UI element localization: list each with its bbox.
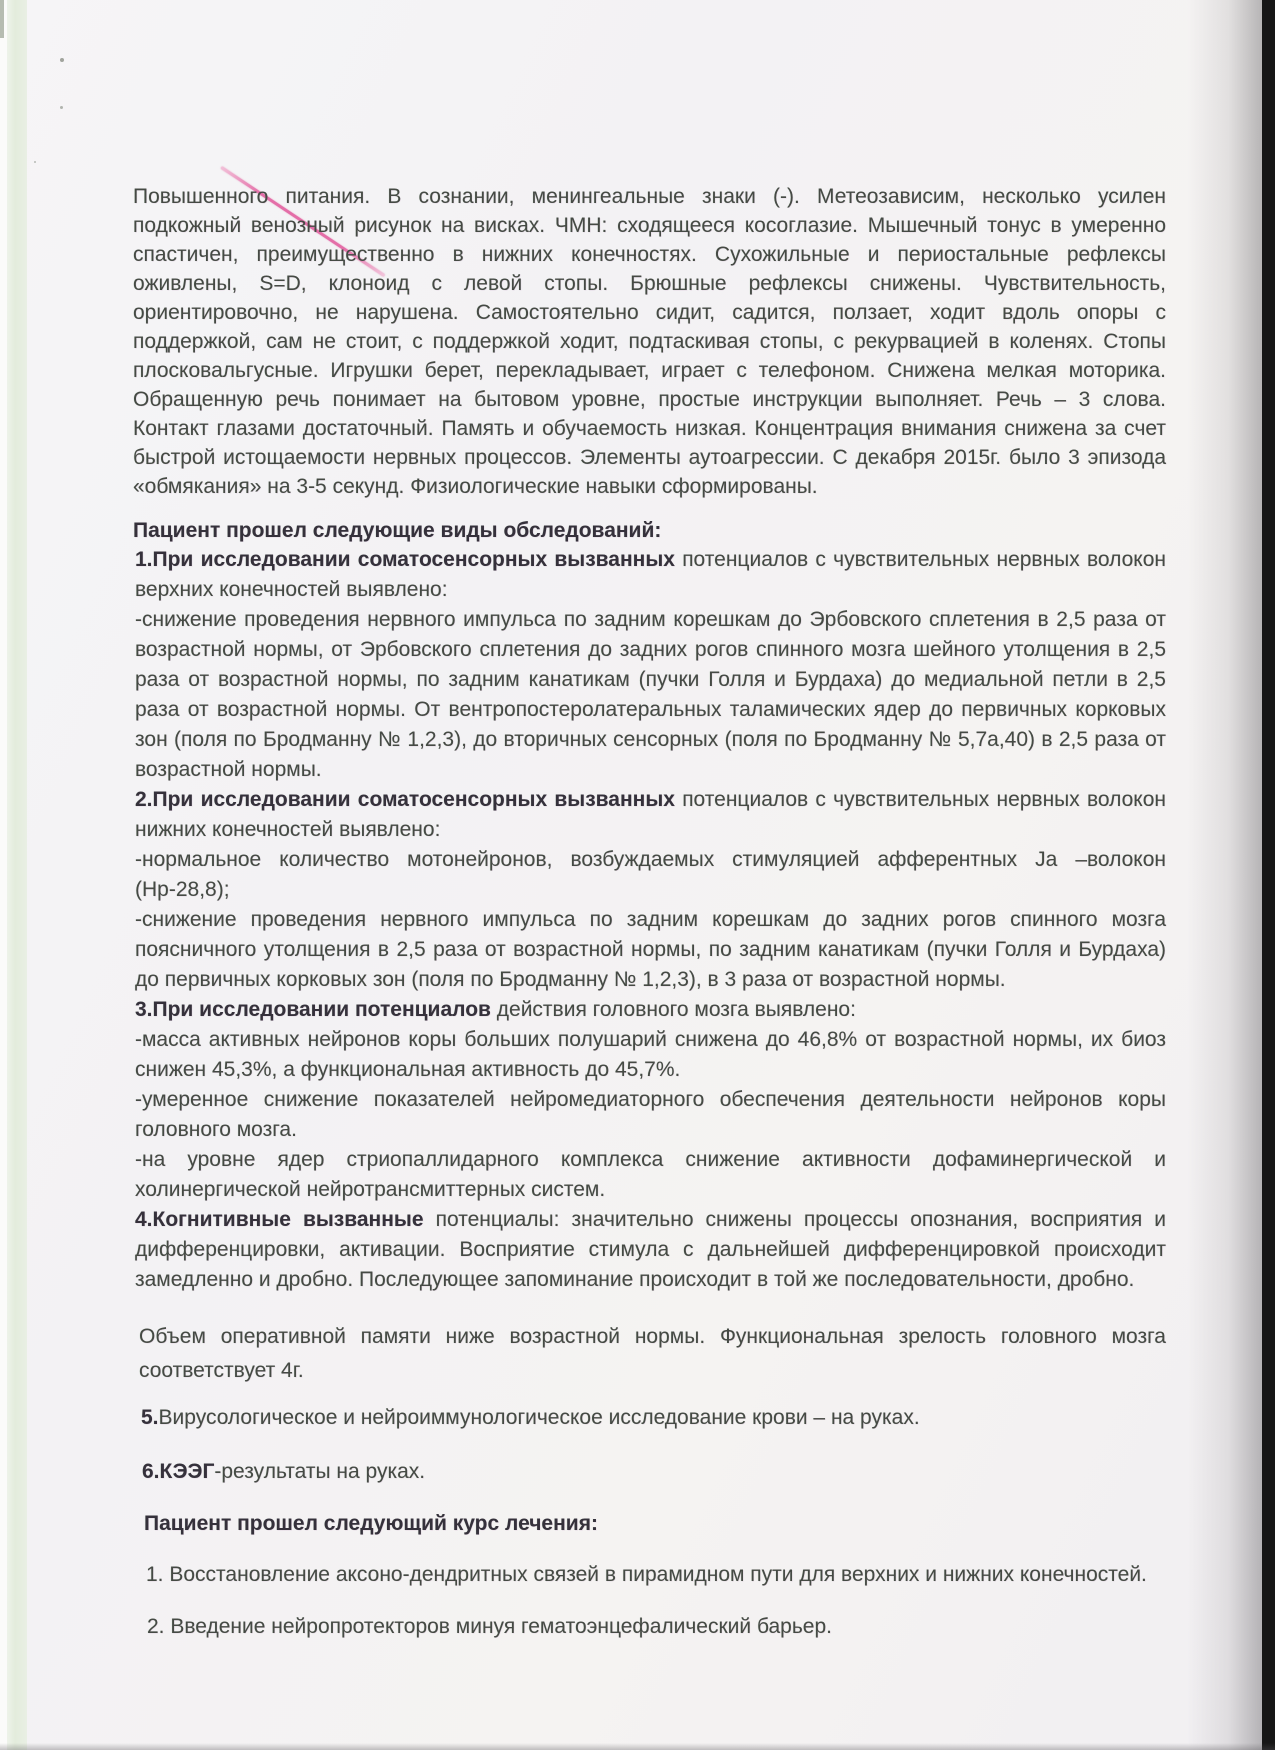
exam-item-3-text: действия головного мозга выявлено: xyxy=(491,998,856,1021)
exam-item-6: 6.КЭЭГ-результаты на руках. xyxy=(142,1457,1166,1487)
scan-speck xyxy=(60,106,63,109)
scanner-edge-right-black xyxy=(1262,0,1275,1750)
document-content: Повышенного питания. В сознании, менинге… xyxy=(133,182,1166,1642)
page-right-shadow xyxy=(1187,0,1262,1750)
exam-item-2-bold: 2.При исследовании соматосенсорных вызва… xyxy=(135,788,675,811)
exam-item-3-finding-b: -умеренное снижение показателей нейромед… xyxy=(135,1085,1166,1145)
exam-finding-text: -умеренное снижение показателей нейромед… xyxy=(135,1088,1166,1141)
examinations-header: Пациент прошел следующие виды обследован… xyxy=(133,516,1166,545)
exam-finding-text: -масса активных нейронов коры больших по… xyxy=(135,1028,1166,1081)
treatment-item-2: 2. Введение нейропротекторов минуя гемат… xyxy=(147,1612,1166,1642)
exam-item-6-text: -результаты на руках. xyxy=(214,1460,425,1483)
exam-item-5: 5.Вирусологическое и нейроиммунологическ… xyxy=(141,1403,1166,1433)
scan-edge-mark xyxy=(0,0,3,26)
scanner-edge-left-white xyxy=(0,0,7,1750)
treatment-header: Пациент прошел следующий курс лечения: xyxy=(144,1509,1166,1539)
exam-item-6-bold: 6.КЭЭГ xyxy=(142,1460,214,1483)
exam-item-2-finding-b: -снижение проведения нервного импульса п… xyxy=(135,905,1166,995)
clinical-status-paragraph: Повышенного питания. В сознании, менинге… xyxy=(133,182,1166,501)
scan-speck xyxy=(34,161,36,163)
examinations-list: 1.При исследовании соматосенсорных вызва… xyxy=(135,545,1166,1295)
exam-item-1-title: 1.При исследовании соматосенсорных вызва… xyxy=(135,545,1166,605)
exam-item-3-finding-a: -масса активных нейронов коры больших по… xyxy=(135,1025,1166,1085)
exam-item-4: 4.Когнитивные вызванные потенциалы: знач… xyxy=(135,1205,1166,1295)
exam-finding-text: -снижение проведения нервного импульса п… xyxy=(135,908,1166,991)
exam-item-5-bold: 5. xyxy=(141,1406,159,1429)
scanner-edge-left-green xyxy=(7,0,27,1750)
exam-item-2-title: 2.При исследовании соматосенсорных вызва… xyxy=(135,785,1166,845)
exam-item-4-bold: 4.Когнитивные вызванные xyxy=(135,1208,424,1231)
exam-item-5-text: Вирусологическое и нейроиммунологическое… xyxy=(159,1406,920,1429)
treatment-item-1: 1. Восстановление аксоно-дендритных связ… xyxy=(146,1560,1166,1590)
exam-item-1-finding: -снижение проведения нервного импульса п… xyxy=(135,605,1166,785)
exam-item-3-bold: 3.При исследовании потенциалов xyxy=(135,998,491,1021)
exam-item-2-finding-a: -нормальное количество мотонейронов, воз… xyxy=(135,845,1166,905)
scan-speck xyxy=(60,58,64,62)
exam-finding-text: -нормальное количество мотонейронов, воз… xyxy=(135,848,1166,901)
exam-finding-text: -на уровне ядер стриопаллидарного компле… xyxy=(135,1148,1166,1201)
exam-item-1-bold: 1.При исследовании соматосенсорных вызва… xyxy=(135,548,675,571)
memory-capacity-paragraph: Объем оперативной памяти ниже возрастной… xyxy=(139,1320,1166,1388)
scanner-edge-bottom xyxy=(0,1743,1275,1750)
exam-finding-text: -снижение проведения нервного импульса п… xyxy=(135,608,1166,781)
exam-item-3-title: 3.При исследовании потенциалов действия … xyxy=(135,995,1166,1025)
exam-item-3-finding-c: -на уровне ядер стриопаллидарного компле… xyxy=(135,1145,1166,1205)
scanned-medical-report-page: Повышенного питания. В сознании, менинге… xyxy=(0,0,1275,1750)
